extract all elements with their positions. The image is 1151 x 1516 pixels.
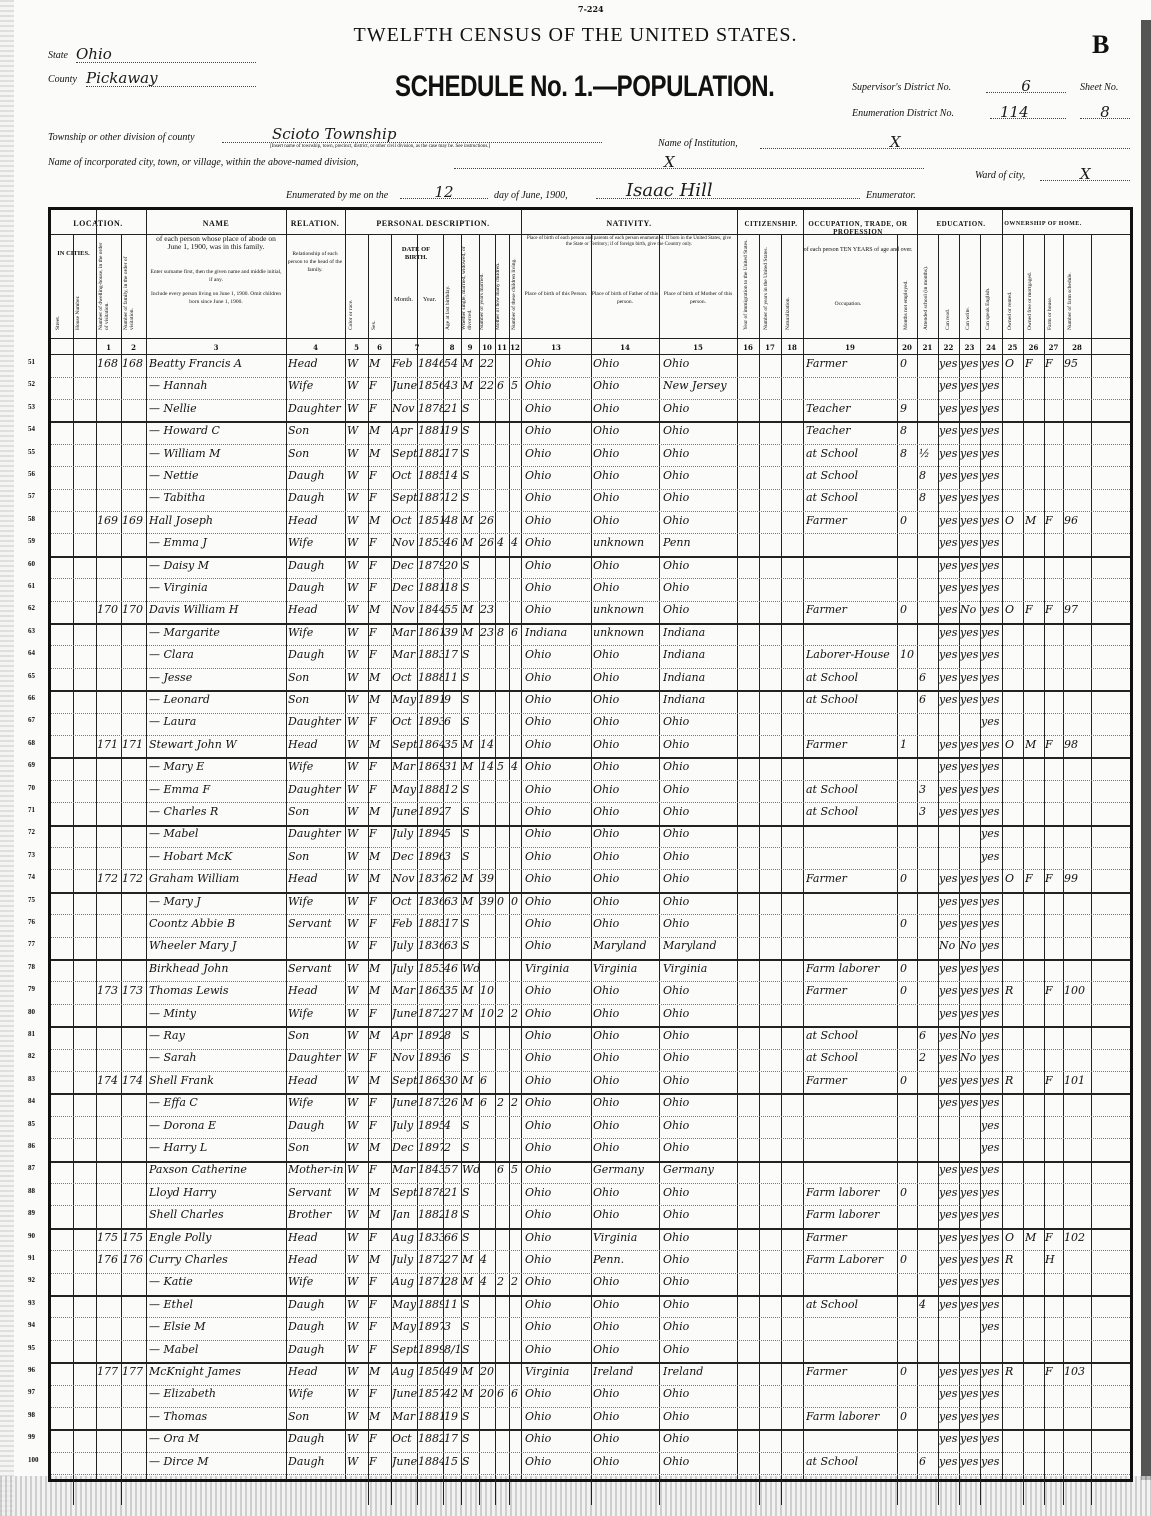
cell-bf: Ohio <box>593 514 659 527</box>
cell-write: yes <box>960 447 980 460</box>
cell-unemp: 0 <box>900 1253 916 1266</box>
cell-bf: Ohio <box>593 783 659 796</box>
cell-month: May <box>392 693 417 706</box>
hdr-personal: PERSONAL DESCRIPTION. <box>345 220 521 228</box>
cell-fam: 169 <box>122 514 146 527</box>
cell-eng: yes <box>981 805 1003 818</box>
cell-name: — Ethel <box>149 1298 285 1311</box>
cell-mar: M <box>462 984 479 997</box>
cell-bp: Ohio <box>525 805 589 818</box>
cell-eng: yes <box>981 738 1003 751</box>
cell-rel: Daugh <box>288 491 344 504</box>
cell-name: — Minty <box>149 1007 285 1020</box>
hdr-owned-rented: Owned or rented. <box>1007 250 1013 330</box>
cell-read: yes <box>939 1410 959 1423</box>
hdr-dob: DATE OF BIRTH. <box>391 246 441 262</box>
cell-occ: Farmer <box>806 984 898 997</box>
table-row: — HannahWifeWFJune185643M2265OhioOhioNew… <box>51 377 1130 400</box>
cell-bf: Ohio <box>593 1051 659 1064</box>
cell-month: Oct <box>392 1432 417 1445</box>
cell-month: Mar <box>392 1163 417 1176</box>
hdr-name-note2: Include every person living on June 1, 1… <box>149 290 283 306</box>
cell-bm: Ohio <box>663 1231 735 1244</box>
sheet-value: 8 <box>1100 103 1110 121</box>
state-value: Ohio <box>76 45 112 63</box>
cell-sch: 6 <box>919 1029 937 1042</box>
cell-cl: 6 <box>511 626 521 639</box>
cell-color: W <box>347 1275 367 1288</box>
cell-color: W <box>347 1096 367 1109</box>
table-row: Shell CharlesBrotherWMJan188218SOhioOhio… <box>51 1206 1130 1230</box>
cell-name: — Mary J <box>149 895 285 908</box>
column-number: 5 <box>345 343 368 352</box>
cell-own: O <box>1005 1231 1023 1244</box>
line-number: 90 <box>28 1232 35 1240</box>
cell-bp: Ohio <box>525 648 589 661</box>
cell-name: McKnight James <box>149 1365 285 1378</box>
cell-occ: at School <box>806 491 898 504</box>
township-value: Scioto Township <box>272 125 396 143</box>
cell-cl: 6 <box>511 1387 521 1400</box>
cell-ym: 4 <box>480 1253 495 1266</box>
cell-bp: Ohio <box>525 447 589 460</box>
cell-mar: S <box>462 1051 479 1064</box>
cell-mo: 6 <box>497 379 509 392</box>
cell-color: W <box>347 469 367 482</box>
cell-read: yes <box>939 1186 959 1199</box>
cell-color: W <box>347 827 367 840</box>
cell-year: 1853 <box>418 962 443 975</box>
scan-edge-right <box>1141 20 1151 1480</box>
cell-rel: Servant <box>288 917 344 930</box>
cell-mar: S <box>462 648 479 661</box>
cell-bp: Ohio <box>525 1387 589 1400</box>
cell-rel: Wife <box>288 1096 344 1109</box>
cell-year: 1896 <box>418 850 443 863</box>
cell-bp: Ohio <box>525 1141 589 1154</box>
cell-sex: F <box>369 715 389 728</box>
cell-name: Lloyd Harry <box>149 1186 285 1199</box>
cell-mo: 0 <box>497 895 509 908</box>
cell-sex: M <box>369 424 389 437</box>
line-number: 53 <box>28 403 35 411</box>
cell-bp: Ohio <box>525 1320 589 1333</box>
cell-bp: Ohio <box>525 895 589 908</box>
cell-rel: Head <box>288 1074 344 1087</box>
hdr-sex: Sex. <box>371 300 377 330</box>
cell-sex: F <box>369 1163 389 1176</box>
line-number: 70 <box>28 784 35 792</box>
cell-write: yes <box>960 1208 980 1221</box>
cell-name: — Leonard <box>149 693 285 706</box>
cell-color: W <box>347 1186 367 1199</box>
cell-bp: Virginia <box>525 962 589 975</box>
cell-color: W <box>347 1074 367 1087</box>
cell-fam: 174 <box>122 1074 146 1087</box>
cell-rel: Daugh <box>288 1320 344 1333</box>
cell-fm: M <box>1025 738 1043 751</box>
cell-name: Beatty Francis A <box>149 357 285 370</box>
cell-year: 1850 <box>418 1365 443 1378</box>
cell-ym: 26 <box>480 514 495 527</box>
cell-month: July <box>392 827 417 840</box>
table-row: — ElizabethWifeWFJune185742M2066OhioOhio… <box>51 1385 1130 1408</box>
hdr-location: LOCATION. <box>51 220 145 228</box>
cell-age: 8/12 <box>444 1343 461 1356</box>
cell-eng: yes <box>981 1141 1003 1154</box>
cell-sch: 6 <box>919 671 937 684</box>
cell-own: R <box>1005 984 1023 997</box>
cell-age: 3 <box>444 1320 461 1333</box>
cell-month: Sept <box>392 491 417 504</box>
table-row: — MabelDaughWFSept18998/12SOhioOhioOhio <box>51 1341 1130 1365</box>
cell-name: — Mabel <box>149 1343 285 1356</box>
cell-sex: F <box>369 1007 389 1020</box>
cell-bm: Ohio <box>663 1455 735 1468</box>
cell-year: 1894 <box>418 827 443 840</box>
cell-unemp: 1 <box>900 738 916 751</box>
hdr-dwelling: Number of dwelling-house, in the order o… <box>98 238 110 330</box>
cell-eng: yes <box>981 1074 1003 1087</box>
cell-mar: S <box>462 469 479 482</box>
cell-bm: Ohio <box>663 895 735 908</box>
cell-read: yes <box>939 447 959 460</box>
cell-month: Feb <box>392 357 417 370</box>
hdr-family: Number of family, in the order of visita… <box>123 238 135 330</box>
cell-write: yes <box>960 1365 980 1378</box>
cell-eng: yes <box>981 1096 1003 1109</box>
cell-bm: Ohio <box>663 1074 735 1087</box>
cell-month: Sept <box>392 1343 417 1356</box>
cell-eng: yes <box>981 693 1003 706</box>
cell-own: R <box>1005 1253 1023 1266</box>
cell-fm: F <box>1025 357 1043 370</box>
hdr-marital: Whether single, married, widowed, or div… <box>461 238 473 330</box>
cell-bp: Ohio <box>525 850 589 863</box>
cell-bf: Penn. <box>593 1253 659 1266</box>
cell-color: W <box>347 1298 367 1311</box>
cell-year: 1837 <box>418 872 443 885</box>
cell-bp: Ohio <box>525 715 589 728</box>
table-row: — Emma FDaughterWFMay188812SOhioOhioOhio… <box>51 781 1130 804</box>
table-row: — Dirce MDaughWFJune188415SOhioOhioOhioa… <box>51 1453 1130 1476</box>
cell-sex: F <box>369 895 389 908</box>
cell-bm: Ohio <box>663 424 735 437</box>
cell-rel: Wife <box>288 1275 344 1288</box>
cell-read: yes <box>939 1231 959 1244</box>
cell-sex: F <box>369 760 389 773</box>
column-number: 9 <box>461 343 479 352</box>
column-number: 20 <box>897 343 917 352</box>
cell-mo: 4 <box>497 536 509 549</box>
cell-fam: 176 <box>122 1253 146 1266</box>
cell-unemp: 0 <box>900 962 916 975</box>
cell-bp: Ohio <box>525 984 589 997</box>
cell-rel: Daugh <box>288 1455 344 1468</box>
cell-bm: Indiana <box>663 693 735 706</box>
cell-month: Nov <box>392 536 417 549</box>
cell-year: 1836 <box>418 939 443 952</box>
cell-dw: 173 <box>97 984 121 997</box>
table-row: 169169Hall JosephHeadWMOct185148M26OhioO… <box>51 512 1130 535</box>
population-table: LOCATION. IN CITIES. NAME of each person… <box>48 207 1133 1482</box>
table-row: — Effa CWifeWFJune187326M622OhioOhioOhio… <box>51 1094 1130 1117</box>
cell-write: No <box>960 939 980 952</box>
cell-color: W <box>347 1365 367 1378</box>
cell-rel: Head <box>288 984 344 997</box>
cell-bp: Ohio <box>525 581 589 594</box>
cell-year: 1891 <box>418 693 443 706</box>
cell-sex: F <box>369 1231 389 1244</box>
table-row: — William MSonWMSept188217SOhioOhioOhioa… <box>51 445 1130 468</box>
cell-occ: Teacher <box>806 402 898 415</box>
cell-fh: F <box>1045 738 1063 751</box>
cell-occ: Farmer <box>806 1231 898 1244</box>
line-number: 95 <box>28 1344 35 1352</box>
cell-color: W <box>347 760 367 773</box>
cell-color: W <box>347 872 367 885</box>
cell-bf: Ohio <box>593 1074 659 1087</box>
cell-unemp: 10 <box>900 648 916 661</box>
cell-month: Sept <box>392 738 417 751</box>
cell-year: 1871 <box>418 1275 443 1288</box>
cell-bm: Indiana <box>663 626 735 639</box>
cell-bf: Ohio <box>593 581 659 594</box>
cell-mar: S <box>462 805 479 818</box>
city-value: X <box>664 153 675 171</box>
table-row: — TabithaDaughWFSept188712SOhioOhioOhioa… <box>51 489 1130 512</box>
cell-sex: F <box>369 827 389 840</box>
cell-eng: yes <box>981 895 1003 908</box>
cell-write: yes <box>960 491 980 504</box>
cell-year: 1883 <box>418 648 443 661</box>
cell-bf: Ohio <box>593 1186 659 1199</box>
cell-mar: S <box>462 1455 479 1468</box>
cell-bf: Ohio <box>593 827 659 840</box>
cell-bf: Virginia <box>593 962 659 975</box>
cell-color: W <box>347 1410 367 1423</box>
cell-color: W <box>347 424 367 437</box>
hdr-children-living: Number of these children living. <box>511 238 517 330</box>
cell-ym: 6 <box>480 1074 495 1087</box>
cell-month: Sept <box>392 1186 417 1199</box>
cell-bm: Ohio <box>663 1343 735 1356</box>
cell-month: Sept <box>392 1074 417 1087</box>
table-row: 176176Curry CharlesHeadWMJuly187227M4Ohi… <box>51 1251 1130 1274</box>
cell-sex: F <box>369 1455 389 1468</box>
enumerated-mid: day of June, 1900, <box>494 190 568 201</box>
cell-name: Shell Frank <box>149 1074 285 1087</box>
line-number: 69 <box>28 761 35 769</box>
cell-mar: S <box>462 1186 479 1199</box>
cell-rel: Wife <box>288 626 344 639</box>
table-row: — Ora MDaughWFOct188217SOhioOhioOhioyesy… <box>51 1430 1130 1453</box>
cell-name: Davis William H <box>149 603 285 616</box>
cell-name: — Nellie <box>149 402 285 415</box>
cell-read: yes <box>939 693 959 706</box>
cell-year: 1873 <box>418 1096 443 1109</box>
cell-sch: ½ <box>919 447 937 460</box>
table-row: — Mary JWifeWFOct183663M3900OhioOhioOhio… <box>51 893 1130 916</box>
cell-fam: 173 <box>122 984 146 997</box>
cell-sex: F <box>369 1320 389 1333</box>
cell-fh: F <box>1045 1365 1063 1378</box>
cell-bm: Ohio <box>663 514 735 527</box>
table-row: — NellieDaughterWFNov187821SOhioOhioOhio… <box>51 400 1130 424</box>
cell-rel: Brother <box>288 1208 344 1221</box>
cell-sex: M <box>369 693 389 706</box>
hdr-can-write: Can write. <box>965 270 971 330</box>
cell-age: 21 <box>444 402 461 415</box>
cell-color: W <box>347 626 367 639</box>
cell-occ: Farmer <box>806 603 898 616</box>
line-number: 58 <box>28 515 35 523</box>
cell-bm: New Jersey <box>663 379 735 392</box>
cell-cl: 2 <box>511 1007 521 1020</box>
cell-color: W <box>347 1432 367 1445</box>
cell-bp: Ohio <box>525 1343 589 1356</box>
cell-read: yes <box>939 1455 959 1468</box>
cell-age: 19 <box>444 1410 461 1423</box>
cell-month: Mar <box>392 648 417 661</box>
column-number: 3 <box>146 343 286 352</box>
cell-color: W <box>347 1455 367 1468</box>
cell-month: July <box>392 939 417 952</box>
cell-occ: Farmer <box>806 514 898 527</box>
column-number: 10 <box>479 343 495 352</box>
line-number: 86 <box>28 1142 35 1150</box>
cell-write: yes <box>960 1432 980 1445</box>
cell-bf: Ohio <box>593 1298 659 1311</box>
cell-month: Dec <box>392 1141 417 1154</box>
cell-month: Nov <box>392 402 417 415</box>
hdr-year: Year. <box>417 296 442 304</box>
cell-write: yes <box>960 1275 980 1288</box>
cell-color: W <box>347 491 367 504</box>
cell-own: R <box>1005 1074 1023 1087</box>
cell-rel: Son <box>288 424 344 437</box>
cell-bf: Ohio <box>593 1320 659 1333</box>
cell-mar: S <box>462 715 479 728</box>
cell-dw: 174 <box>97 1074 121 1087</box>
cell-year: 1869 <box>418 1074 443 1087</box>
cell-month: July <box>392 1253 417 1266</box>
cell-color: W <box>347 402 367 415</box>
cell-bp: Ohio <box>525 1096 589 1109</box>
column-number: 6 <box>368 343 391 352</box>
hdr-name: NAME <box>146 220 286 228</box>
cell-name: — Margarite <box>149 626 285 639</box>
column-number: 2 <box>121 343 146 352</box>
cell-occ: at School <box>806 671 898 684</box>
cell-mar: M <box>462 872 479 885</box>
cell-mar: M <box>462 760 479 773</box>
cell-bm: Ohio <box>663 1141 735 1154</box>
cell-month: Oct <box>392 469 417 482</box>
hdr-can-read: Can read. <box>945 270 951 330</box>
cell-bf: Ohio <box>593 402 659 415</box>
cell-bp: Ohio <box>525 1253 589 1266</box>
cell-color: W <box>347 984 367 997</box>
table-row: — EthelDaughWFMay188911SOhioOhioOhioat S… <box>51 1296 1130 1319</box>
hdr-street: Street. <box>55 280 61 330</box>
cell-bp: Ohio <box>525 514 589 527</box>
cell-age: 5 <box>444 827 461 840</box>
cell-month: May <box>392 783 417 796</box>
line-number: 66 <box>28 694 35 702</box>
cell-write: yes <box>960 1096 980 1109</box>
cell-sex: M <box>369 1253 389 1266</box>
cell-year: 1888 <box>418 671 443 684</box>
cell-bf: Ohio <box>593 984 659 997</box>
hdr-birth-person: Place of birth of this Person. <box>523 290 589 298</box>
cell-color: W <box>347 536 367 549</box>
cell-age: 15 <box>444 1455 461 1468</box>
cell-sex: F <box>369 626 389 639</box>
cell-name: — Thomas <box>149 1410 285 1423</box>
cell-color: W <box>347 805 367 818</box>
cell-sex: F <box>369 917 389 930</box>
cell-age: 63 <box>444 895 461 908</box>
cell-eng: yes <box>981 783 1003 796</box>
line-number: 62 <box>28 604 35 612</box>
cell-bf: Ohio <box>593 805 659 818</box>
table-row: — KatieWifeWFAug187128M422OhioOhioOhioye… <box>51 1273 1130 1297</box>
cell-mar: M <box>462 603 479 616</box>
cell-color: W <box>347 693 367 706</box>
cell-mar: M <box>462 357 479 370</box>
cell-eng: yes <box>981 1029 1003 1042</box>
cell-eng: yes <box>981 1410 1003 1423</box>
cell-eng: yes <box>981 1186 1003 1199</box>
cell-write: yes <box>960 1410 980 1423</box>
cell-unemp: 8 <box>900 424 916 437</box>
table-row: 175175Engle PollyHeadWFAug183366SOhioVir… <box>51 1229 1130 1252</box>
cell-year: 1881 <box>418 1410 443 1423</box>
hdr-months-unemployed: Months not employed. <box>903 270 909 330</box>
cell-color: W <box>347 895 367 908</box>
cell-fam: 168 <box>122 357 146 370</box>
supervisor-field: 6 <box>986 76 1066 93</box>
cell-rel: Daughter <box>288 1051 344 1064</box>
cell-bp: Ohio <box>525 603 589 616</box>
cell-year: 1836 <box>418 895 443 908</box>
cell-occ: Farmer <box>806 1074 898 1087</box>
cell-mar: M <box>462 536 479 549</box>
cell-sex: F <box>369 648 389 661</box>
scan-edge-bottom <box>0 1476 1151 1516</box>
cell-color: W <box>347 917 367 930</box>
cell-rel: Head <box>288 872 344 885</box>
cell-read: yes <box>939 1387 959 1400</box>
cell-bp: Ohio <box>525 357 589 370</box>
cell-eng: yes <box>981 1298 1003 1311</box>
cell-sex: F <box>369 1051 389 1064</box>
cell-age: 17 <box>444 1432 461 1445</box>
form-number: 7-224 <box>578 4 604 14</box>
cell-rel: Son <box>288 671 344 684</box>
cell-bp: Ohio <box>525 559 589 572</box>
cell-write: yes <box>960 693 980 706</box>
cell-bf: Ohio <box>593 738 659 751</box>
cell-bf: Ohio <box>593 1275 659 1288</box>
cell-name: — Harry L <box>149 1141 285 1154</box>
column-number: 12 <box>509 343 521 352</box>
cell-eng: yes <box>981 1163 1003 1176</box>
cell-own: O <box>1005 738 1023 751</box>
cell-eng: yes <box>981 1208 1003 1221</box>
cell-bp: Ohio <box>525 1208 589 1221</box>
